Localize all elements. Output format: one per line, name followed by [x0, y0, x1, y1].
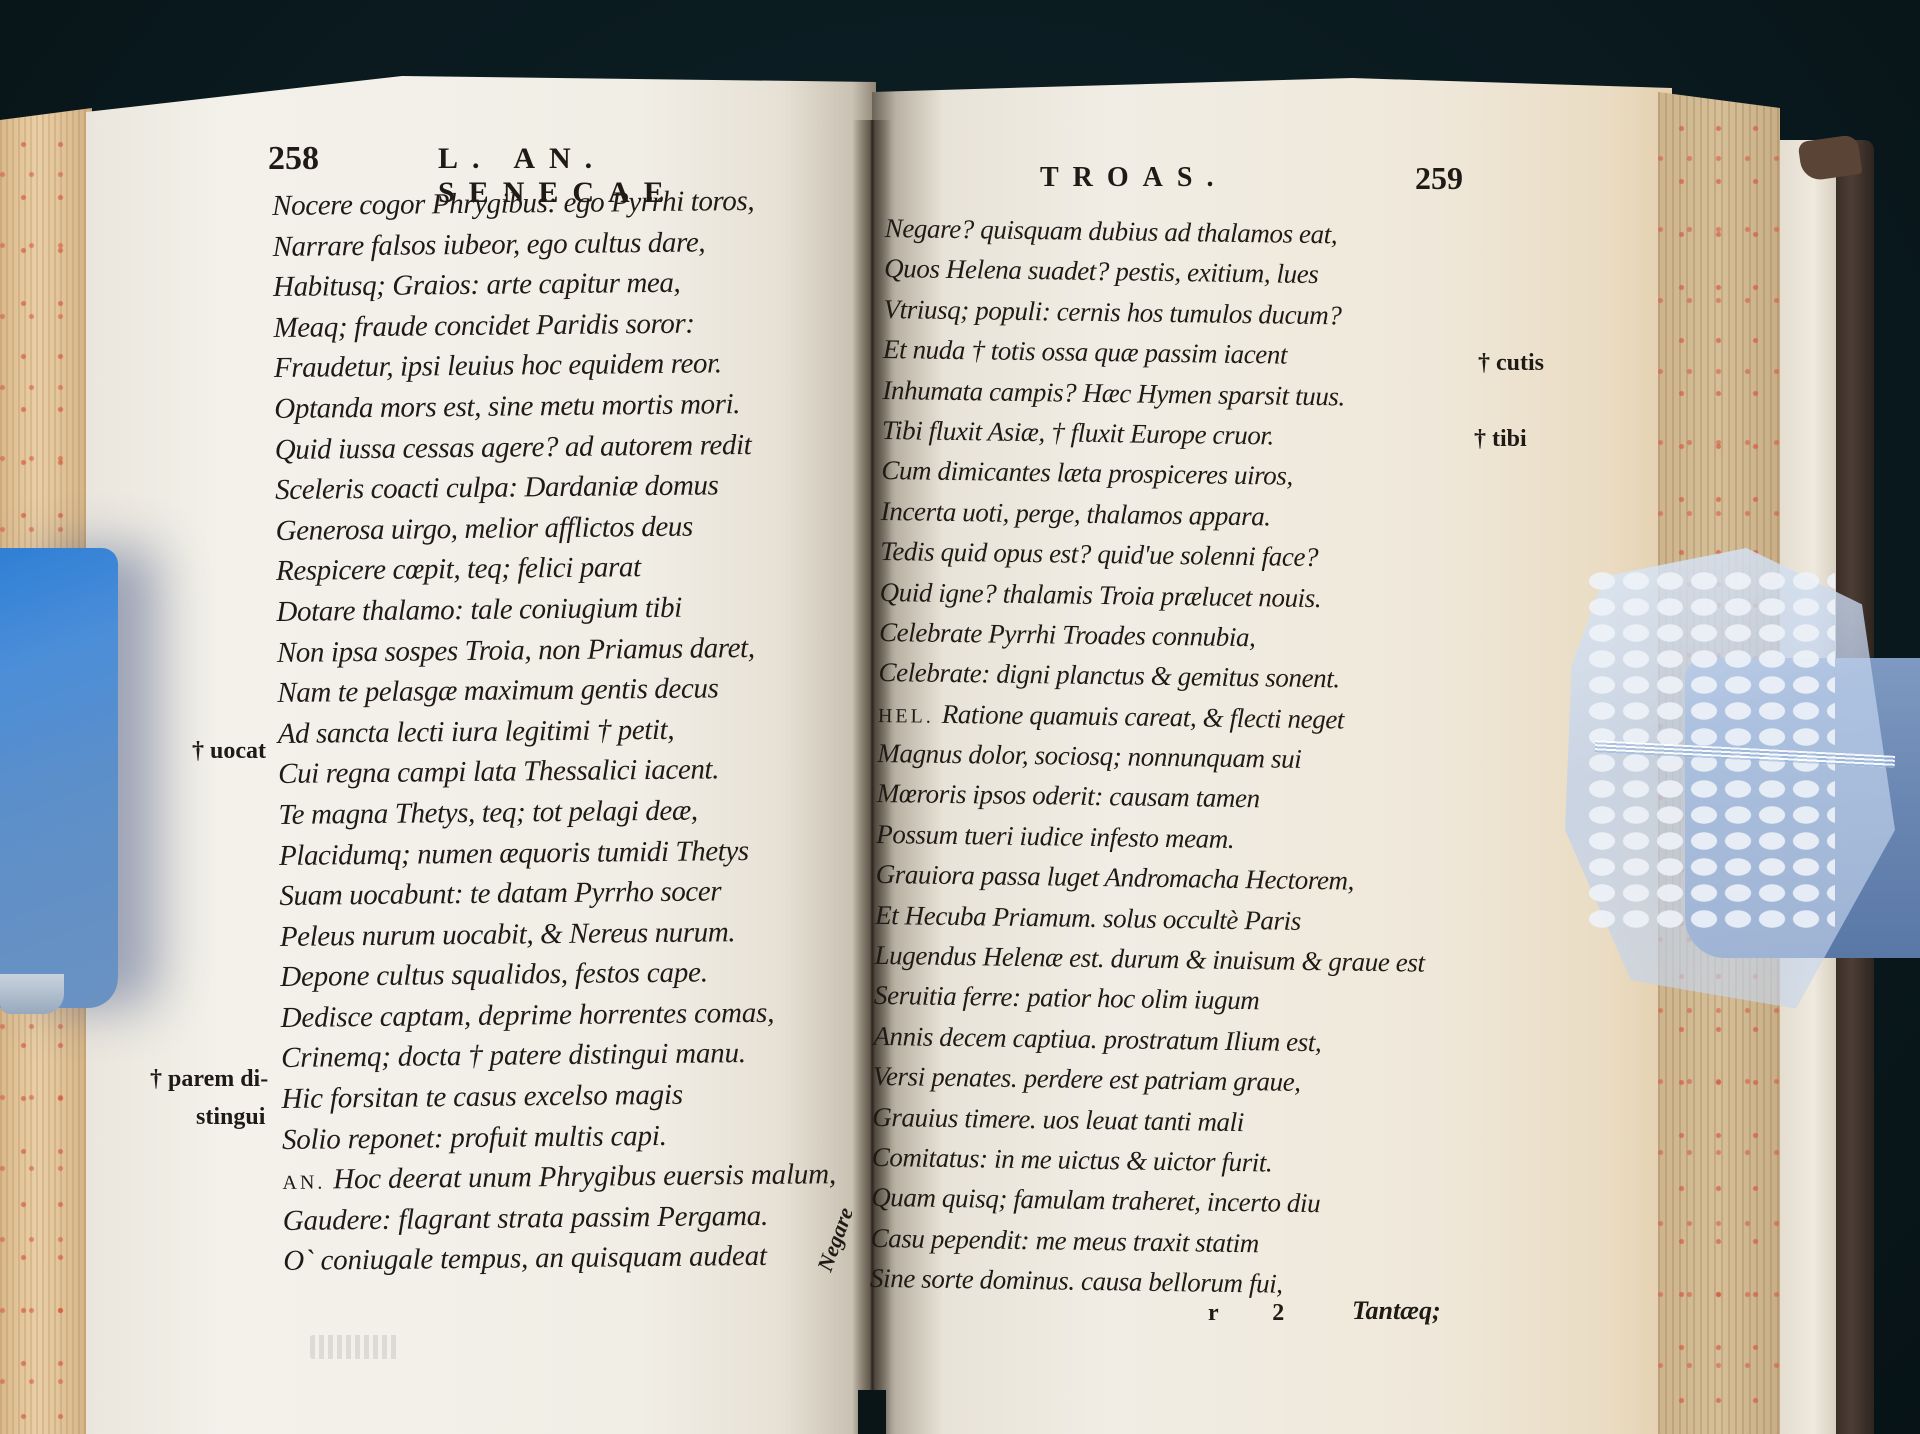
verse-line: Te magna Thetys, teq; tot pelagi deæ,	[278, 789, 832, 835]
right-page-header: TROAS. 259	[1040, 162, 1480, 202]
speaker-label: AN.	[282, 1172, 325, 1194]
verse-line: Nam te pelasgæ maximum gentis decus	[277, 667, 831, 713]
verse-line: Sceleris coacti culpa: Dardaniæ domus	[275, 464, 829, 510]
cover-corner	[1798, 134, 1863, 182]
verse-line: Fraudetur, ipsi leuius hoc equidem reor.	[274, 343, 828, 389]
book-photo: 258 L. AN. SENECAE Nocere cogor Phrygibu…	[0, 0, 1920, 1434]
verse-line: Gaudere: flagrant strata passim Pergama.	[283, 1195, 837, 1241]
verse-text: Hoc deerat unum Phrygibus euersis malum,	[333, 1158, 836, 1195]
verse-line: Cui regna campi lata Thessalici iacent.	[278, 748, 832, 794]
verse-line-with-speaker: AN.Hoc deerat unum Phrygibus euersis mal…	[282, 1154, 836, 1200]
right-running-head: TROAS.	[1040, 162, 1227, 194]
verse-line: Crinemq; docta † patere distingui manu.	[281, 1033, 835, 1079]
show-through-text	[310, 1335, 400, 1359]
signature-mark: r 2	[1208, 1300, 1308, 1327]
verse-line: Dotare thalamo: tale coniugium tibi	[276, 586, 830, 632]
left-page-header: 258 L. AN. SENECAE	[268, 140, 808, 180]
verse-line: Hic forsitan te casus excelso magis	[281, 1073, 835, 1119]
margin-note: † parem di-	[150, 1066, 268, 1093]
verse-line: Dedisce captam, deprime horrentes comas,	[281, 992, 835, 1038]
verse-line: Tedis quid opus est? quid'ue solenni fac…	[880, 531, 1431, 579]
right-page-verses: Negare? quisquam dubius ad thalamos eat,…	[870, 208, 1435, 1306]
margin-note: † tibi	[1474, 426, 1527, 453]
gutter-shadow	[858, 1390, 886, 1434]
verse-text: Ratione quamuis careat, & flecti neget	[942, 699, 1345, 735]
verse-line: Placidumq; numen æquoris tumidi Thetys	[279, 830, 833, 876]
verse-line: Quid iussa cessas agere? ad autorem redi…	[275, 424, 829, 470]
verse-line: Meaq; fraude concidet Paridis soror:	[273, 302, 827, 348]
verse-line: Peleus nurum uocabit, & Nereus nurum.	[280, 911, 834, 957]
right-catchword: Tantæq;	[1352, 1296, 1441, 1326]
verse-line: Non ipsa sospes Troia, non Priamus daret…	[277, 627, 831, 673]
verse-line: Suam uocabunt: te datam Pyrrho socer	[279, 870, 833, 916]
left-page-number: 258	[268, 140, 319, 178]
right-page-number: 259	[1415, 160, 1463, 197]
verse-line: Grauiora passa luget Andromacha Hectorem…	[875, 854, 1426, 902]
verse-line: Narrare falsos iubeor, ego cultus dare,	[272, 221, 826, 267]
margin-note: † uocat	[192, 738, 266, 765]
margin-note: stingui	[196, 1104, 265, 1131]
verse-line: Sine sorte dominus. causa bellorum fui,	[870, 1258, 1421, 1306]
verse-line: O` coniugale tempus, an quisquam audeat	[283, 1236, 837, 1282]
verse-line: Depone cultus squalidos, festos cape.	[280, 951, 834, 997]
verse-line: Et nuda † totis ossa quæ passim iacent	[883, 329, 1434, 377]
verse-line: Generosa uirgo, melior afflictos deus	[275, 505, 829, 551]
verse-line: Nocere cogor Phrygibus: ego Pyrrhi toros…	[272, 180, 826, 226]
left-page-verses: Nocere cogor Phrygibus: ego Pyrrhi toros…	[272, 180, 837, 1282]
verse-line: Solio reponet: profuit multis capi.	[282, 1114, 836, 1160]
verse-line: Respicere cœpit, teq; felici parat	[276, 546, 830, 592]
verse-line: Versi penates. perdere est patriam graue…	[873, 1056, 1424, 1104]
verse-line: Optanda mors est, sine metu mortis mori.	[274, 383, 828, 429]
speaker-label: HEL.	[878, 705, 934, 728]
bag-of-weights-right	[1565, 548, 1920, 1028]
cloth-book-weight-left	[0, 548, 118, 1008]
verse-line: Habitusq; Graios: arte capitur mea,	[273, 261, 827, 307]
verse-line: Ad sancta lecti iura legitimi † petit,	[278, 708, 832, 754]
margin-note: † cutis	[1478, 350, 1544, 377]
